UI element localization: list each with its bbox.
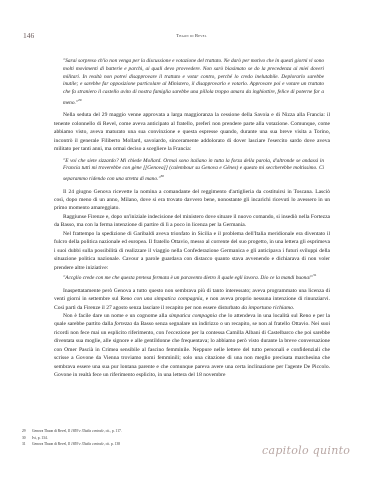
paragraph: Inaspettatamente però Genova a tutto que… xyxy=(54,287,330,312)
emphasis: con una simpatica compagnia xyxy=(134,296,202,302)
paragraph: Nella seduta del 29 maggio venne approva… xyxy=(54,111,330,153)
text-run: . xyxy=(293,305,294,311)
paragraph: Raggiunse Firenze e, dopo un'iniziale in… xyxy=(54,213,330,230)
footnote-ref: 31 xyxy=(313,273,317,277)
chapter-label: capitolo quinto xyxy=(262,444,350,457)
footnote-number: 31 xyxy=(22,441,32,448)
text-run: da Basso senza segnalare un indirizzo o … xyxy=(54,321,330,378)
paragraph: Il 24 giugno Genova ricevette la nomina … xyxy=(54,188,330,213)
block-quote: "Accglio crede con me che questa pretesa… xyxy=(63,272,330,283)
footnote-title: Il 1859 e l'Italia centrale xyxy=(68,429,104,433)
footnotes: 29Genova Thaon di Revel, Il 1859 e l'Ita… xyxy=(22,428,222,448)
footnote-ref: 29 xyxy=(78,98,82,102)
quote-text: "E voi che siete sizzardo? Mi chiede Mol… xyxy=(63,158,324,182)
footnote: 31Genova Thaon di Revel, Il 1859 e l'Ita… xyxy=(22,441,222,448)
footnote-author: Genova Thaon di Revel, xyxy=(32,442,68,446)
running-head: Thaon di Revel xyxy=(0,33,383,38)
block-quote: "Sarai sorpreso ch'io non venga per la d… xyxy=(63,58,330,107)
footnote-author: Genova Thaon di Revel, xyxy=(32,429,68,433)
emphasis: da importuno richiamo xyxy=(241,305,292,311)
paragraph: Nel frattempo la spedizione di Garibaldi… xyxy=(54,230,330,272)
quote-text: "Accglio crede con me che questa pretesa… xyxy=(63,275,313,281)
emphasis: simpatica compagnia xyxy=(169,313,217,319)
footnote-rest: , cit., p. 117. xyxy=(104,429,122,433)
text-run: Non è facile dare un nome e un cognome a… xyxy=(63,313,169,319)
footnote-ref: 30 xyxy=(161,174,165,178)
paragraph: Non è facile dare un nome e un cognome a… xyxy=(54,312,330,380)
footnote-author: Ivi, p. 134. xyxy=(32,436,48,440)
footnote-text: Genova Thaon di Revel, Il 1859 e l'Itali… xyxy=(32,441,120,448)
page-body: "Sarai sorpreso ch'io non venga per la d… xyxy=(54,58,330,380)
block-quote: "E voi che siete sizzardo? Mi chiede Mol… xyxy=(63,158,330,184)
emphasis: fortezza xyxy=(115,321,133,327)
footnote-title: Il 1859 e l'Italia centrale xyxy=(68,442,104,446)
footnote-rest: , cit. p. 138 xyxy=(104,442,120,446)
quote-text: "Sarai sorpreso ch'io non venga per la d… xyxy=(63,58,324,106)
